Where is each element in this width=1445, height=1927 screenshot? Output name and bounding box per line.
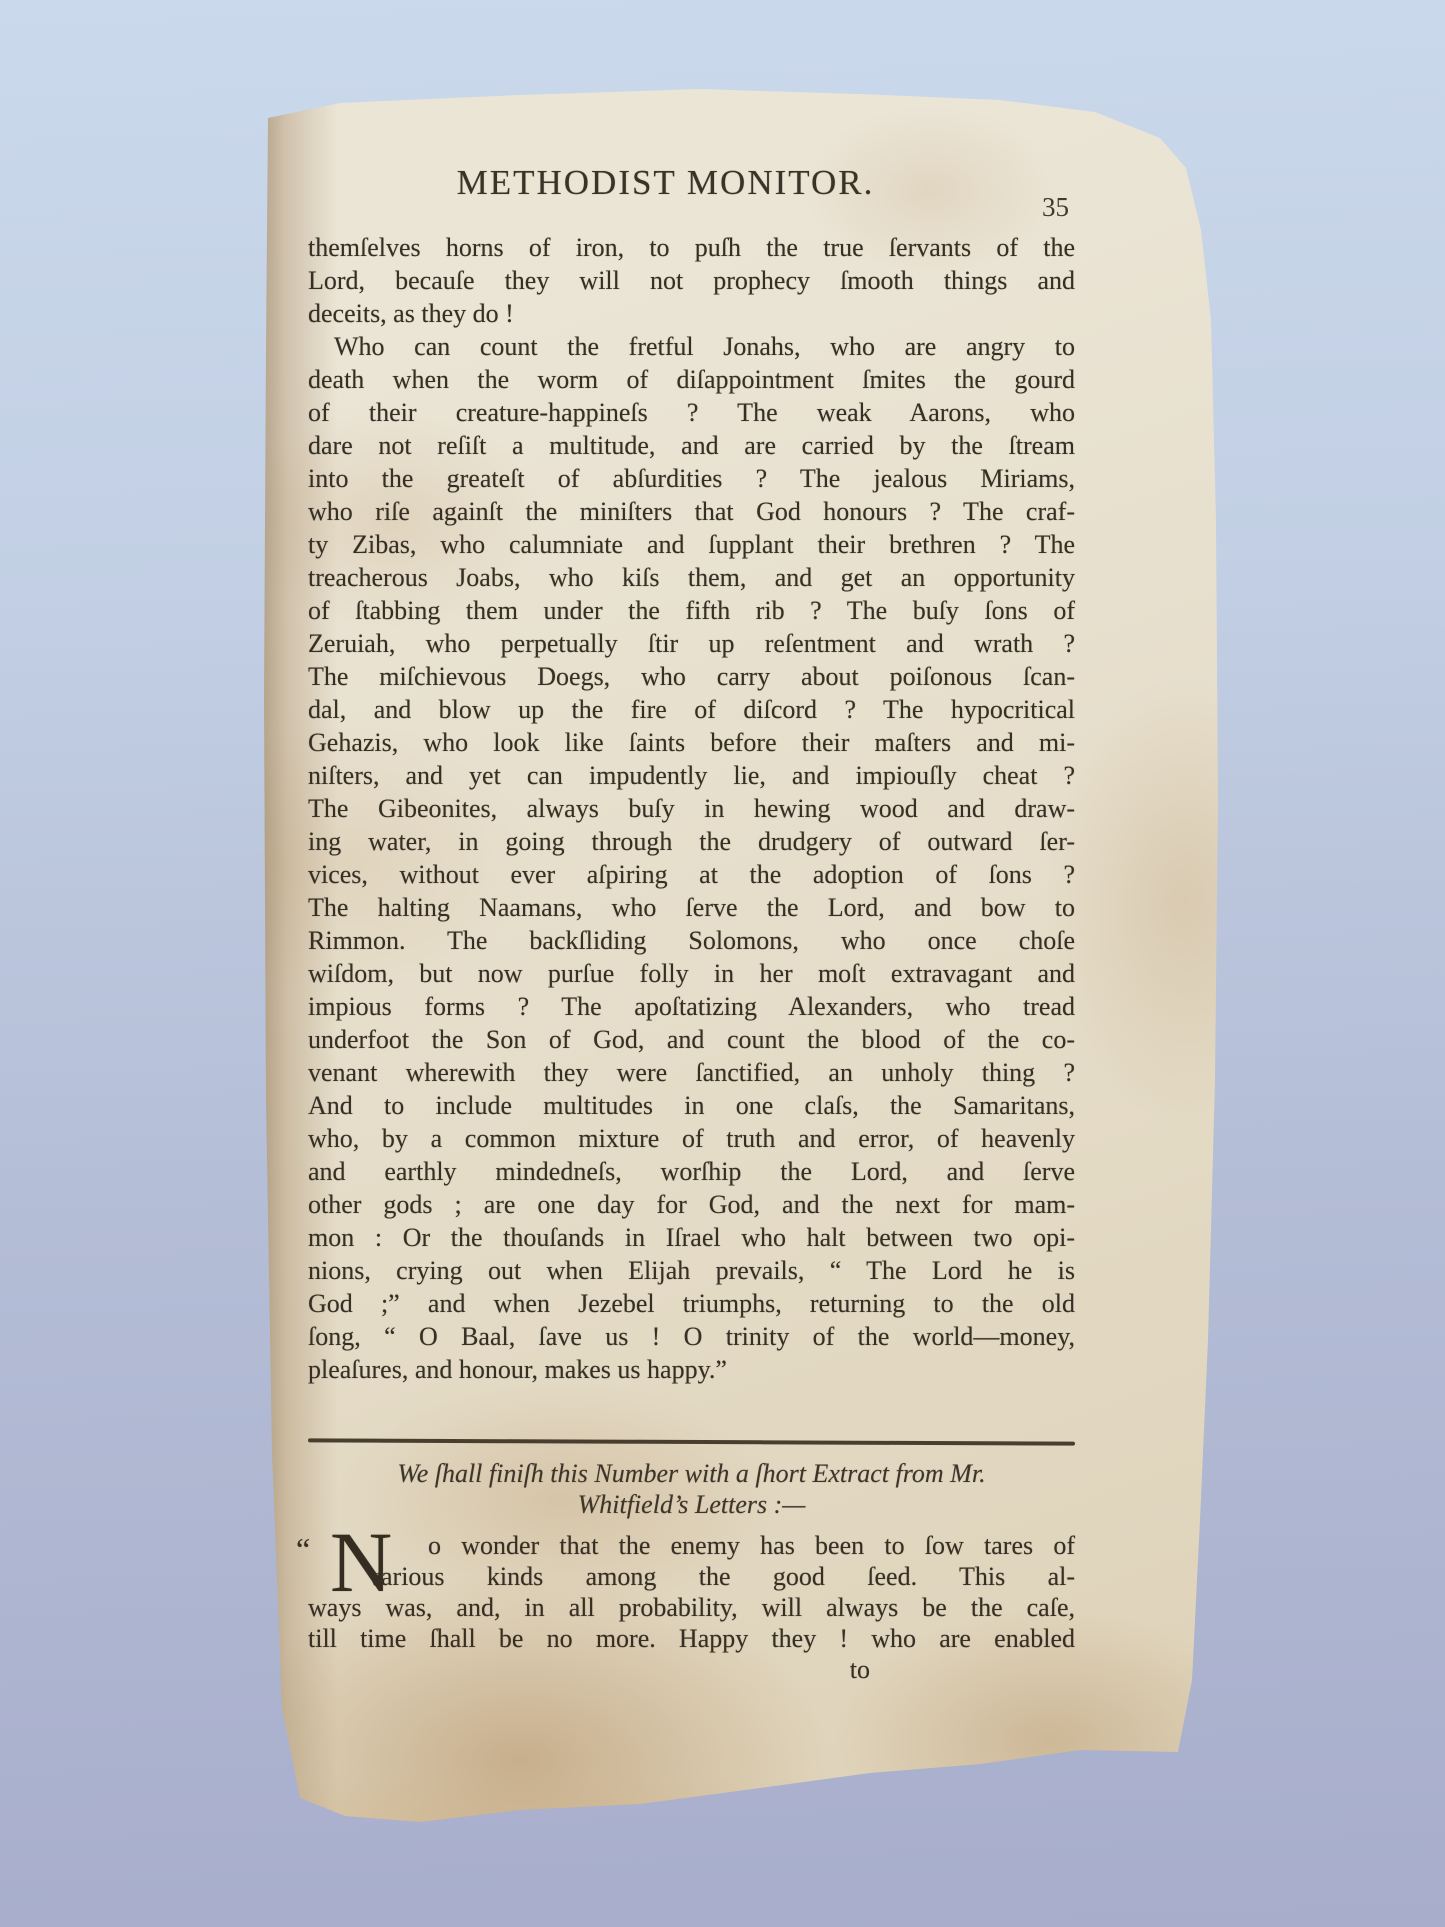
body-line: treacherous Joabs, who kiſs them, and ge… (308, 561, 1075, 594)
body-line: God ;” and when Jezebel triumphs, return… (308, 1287, 1075, 1320)
extract-heading: We ſhall finiſh this Number with a ſhort… (308, 1458, 1075, 1520)
extract-heading-line-1: We ſhall finiſh this Number with a ſhort… (308, 1458, 1075, 1489)
body-line: and earthly mindedneſs, worſhip the Lord… (308, 1155, 1075, 1188)
catchword: to (308, 1654, 1075, 1685)
body-line: And to include multitudes in one claſs, … (308, 1089, 1075, 1122)
body-line: of ſtabbing them under the fifth rib ? T… (308, 594, 1075, 627)
left-page-line: erable, like the peopl (694, 0, 1399, 104)
body-line: The miſchievous Doegs, who carry about p… (308, 660, 1075, 693)
extract-line: ways was, and, in all probability, will … (308, 1592, 1075, 1623)
extract-line: till time ſhall be no more. Happy they !… (308, 1623, 1075, 1654)
body-line: into the greateſt of abſurdities ? The j… (308, 462, 1075, 495)
body-line: deceits, as they do ! (308, 297, 1075, 330)
open-quote: “ (296, 1534, 310, 1565)
extract-heading-line-2: Whitfield’s Letters :— (308, 1489, 1075, 1520)
body-line: ty Zibas, who calumniate and ſupplant th… (308, 528, 1075, 561)
body-line: Who can count the fretful Jonahs, who ar… (308, 330, 1075, 363)
body-line: venant wherewith they were ſanctified, a… (308, 1056, 1075, 1089)
body-line: ing water, in going through the drudgery… (308, 825, 1075, 858)
body-line: of their creature-happineſs ? The weak A… (308, 396, 1075, 429)
section-divider (308, 1438, 1075, 1445)
running-header: METHODIST MONITOR. (282, 163, 1049, 203)
extract-line: o wonder that the enemy has been to ſow … (308, 1530, 1075, 1561)
body-line: Gehazis, who look like ſaints before the… (308, 726, 1075, 759)
body-line: mon : Or the thouſands in Iſrael who hal… (308, 1221, 1075, 1254)
body-line: who riſe againſt the miniſters that God … (308, 495, 1075, 528)
body-line: Zeruiah, who perpetually ſtir up reſentm… (308, 627, 1075, 660)
body-line: nions, crying out when Elijah prevails, … (308, 1254, 1075, 1287)
left-page-line: NITOR. (726, 0, 1431, 46)
drop-cap: N (330, 1530, 392, 1594)
body-line: niſters, and yet can impudently lie, and… (308, 759, 1075, 792)
body-line: impious forms ? The apoſtatizing Alexand… (308, 990, 1075, 1023)
body-line: The Gibeonites, always buſy in hewing wo… (308, 792, 1075, 825)
body-line: who, by a common mixture of truth and er… (308, 1122, 1075, 1155)
photo-background: NITOR.erable, like the peopleyes, like D… (0, 0, 1445, 1927)
body-line: other gods ; are one day for God, and th… (308, 1188, 1075, 1221)
body-line: ſong, “ O Baal, ſave us ! O trinity of t… (308, 1320, 1075, 1353)
paragraph: Who can count the fretful Jonahs, who ar… (308, 330, 1075, 1386)
body-line: vices, without ever aſpiring at the adop… (308, 858, 1075, 891)
extract-paragraph: “ N o wonder that the enemy has been to … (308, 1530, 1075, 1685)
body-line: Lord, becauſe they will not prophecy ſmo… (308, 264, 1075, 297)
extract-line: various kinds among the good ſeed. This … (308, 1561, 1075, 1592)
body-line: underfoot the Son of God, and count the … (308, 1023, 1075, 1056)
body-line: death when the worm of diſappointment ſm… (308, 363, 1075, 396)
body-text: themſelves horns of iron, to puſh the tr… (308, 231, 1075, 1386)
body-line: The halting Naamans, who ſerve the Lord,… (308, 891, 1075, 924)
body-line: Rimmon. The backſliding Solomons, who on… (308, 924, 1075, 957)
paragraph: themſelves horns of iron, to puſh the tr… (308, 231, 1075, 330)
body-line: pleaſures, and honour, makes us happy.” (308, 1353, 1075, 1386)
body-line: themſelves horns of iron, to puſh the tr… (308, 231, 1075, 264)
body-line: dare not reſiſt a multitude, and are car… (308, 429, 1075, 462)
body-line: dal, and blow up the fire of diſcord ? T… (308, 693, 1075, 726)
page-number: 35 (1042, 192, 1069, 223)
body-line: wiſdom, but now purſue folly in her moſt… (308, 957, 1075, 990)
